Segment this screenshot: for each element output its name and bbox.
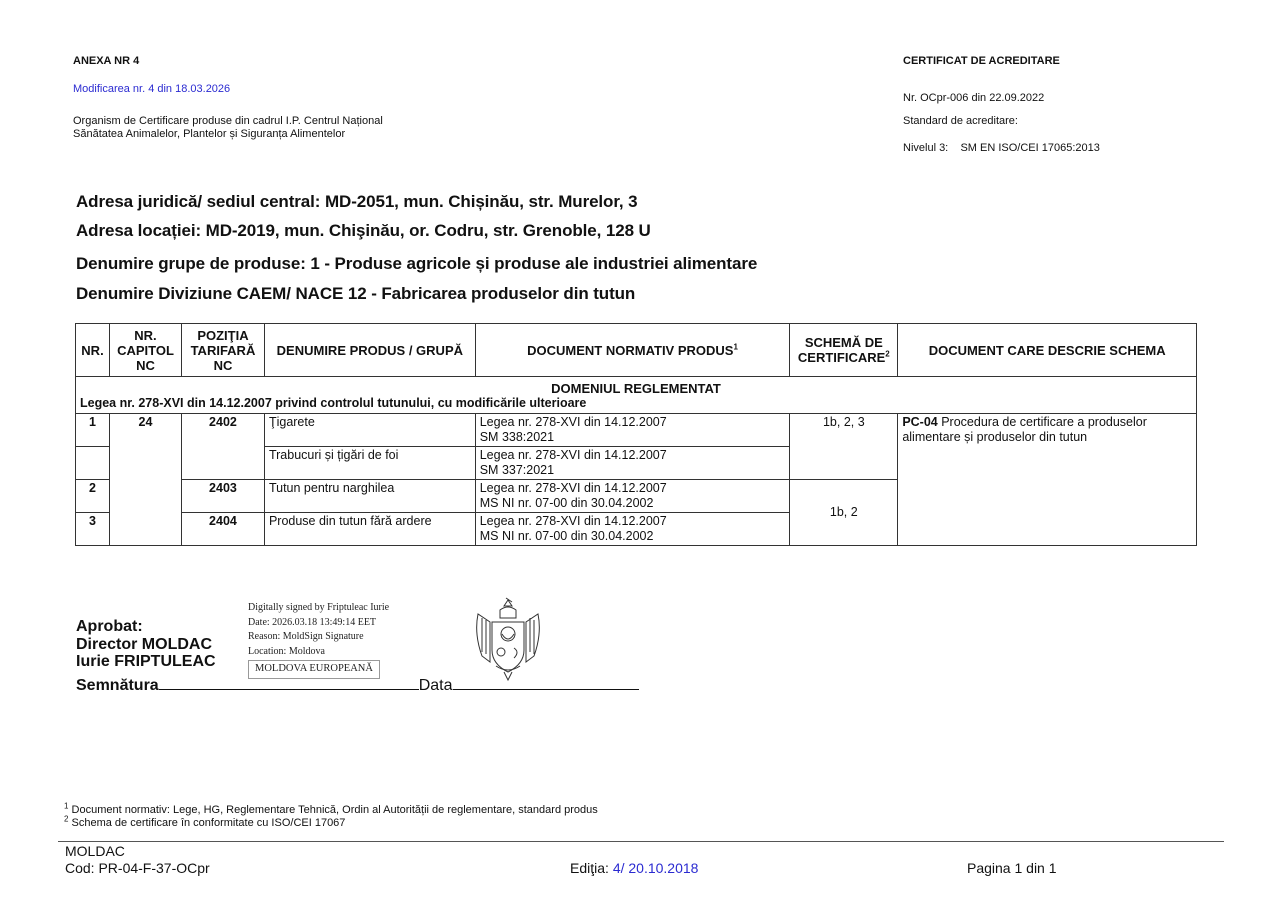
cell-scheme: 1b, 2, 3	[790, 414, 898, 480]
cell-tariff: 2404	[181, 513, 264, 546]
footnote-1: 1 Document normativ: Lege, HG, Reglement…	[64, 804, 598, 817]
col-header-scheme-doc: DOCUMENT CARE DESCRIE SCHEMA	[898, 324, 1197, 377]
cell-product: Trabucuri și țigări de foi	[264, 447, 475, 480]
scheme-doc-text: Procedura de certificare a produselor al…	[902, 415, 1147, 444]
normative-standard: MS NI nr. 07-00 din 30.04.2002	[480, 496, 786, 511]
col-header-tariff: POZIŢIA TARIFARĂ NC	[181, 324, 264, 377]
signature-reason: Reason: MoldSign Signature	[248, 630, 389, 645]
normative-standard: SM 338:2021	[480, 430, 786, 445]
signed-by: Digitally signed by Friptuleac Iurie	[248, 601, 389, 616]
cell-tariff: 2403	[181, 480, 264, 513]
normative-law: Legea nr. 278-XVI din 14.12.2007	[480, 415, 786, 430]
footer-code: Cod: PR-04-F-37-OCpr	[65, 860, 210, 877]
accreditation-level: Nivelul 3: SM EN ISO/CEI 17065:2013	[903, 142, 1100, 155]
normative-standard: MS NI nr. 07-00 din 30.04.2002	[480, 529, 786, 544]
cell-tariff: 2402	[181, 414, 264, 480]
col-header-chapter: NR. CAPITOL NC	[109, 324, 181, 377]
table-row: 1 24 2402 Ţigarete Legea nr. 278-XVI din…	[76, 414, 1197, 447]
standard-label: Standard de acreditare:	[903, 115, 1018, 128]
digital-signature: Digitally signed by Friptuleac Iurie Dat…	[248, 601, 389, 679]
footnote-text: Schema de certificare în conformitate cu…	[68, 817, 345, 829]
cell-scheme: 1b, 2	[790, 480, 898, 546]
cell-product: Tutun pentru narghilea	[264, 480, 475, 513]
cell-nr: 2	[76, 480, 110, 513]
col-header-product: DENUMIRE PRODUS / GRUPĂ	[264, 324, 475, 377]
certificate-title: CERTIFICAT DE ACREDITARE	[903, 55, 1060, 68]
col-header-normative: DOCUMENT NORMATIV PRODUS1	[475, 324, 790, 377]
footer-page: Pagina 1 din 1	[967, 860, 1057, 877]
organism-line-2: Sănătatea Animalelor, Plantelor și Sigur…	[73, 128, 383, 141]
normative-law: Legea nr. 278-XVI din 14.12.2007	[480, 514, 786, 529]
normative-law: Legea nr. 278-XVI din 14.12.2007	[480, 448, 786, 463]
footnotes: 1 Document normativ: Lege, HG, Reglement…	[64, 804, 598, 830]
cell-scheme-doc: PC-04 Procedura de certificare a produse…	[898, 414, 1197, 546]
footer-divider	[58, 841, 1224, 842]
domain-row: DOMENIUL REGLEMENTAT Legea nr. 278-XVI d…	[76, 377, 1197, 414]
footer-left: MOLDAC Cod: PR-04-F-37-OCpr	[65, 843, 210, 877]
signature-location: Location: Moldova	[248, 645, 389, 660]
footer-org: MOLDAC	[65, 843, 210, 860]
modification-note: Modificarea nr. 4 din 18.03.2026	[73, 83, 230, 96]
accreditation-scope-table: NR. NR. CAPITOL NC POZIŢIA TARIFARĂ NC D…	[75, 323, 1197, 546]
domain-title: DOMENIUL REGLEMENTAT	[80, 381, 1192, 396]
col-header-scheme: SCHEMĂ DE CERTIFICARE2	[790, 324, 898, 377]
domain-law: Legea nr. 278-XVI din 14.12.2007 privind…	[80, 396, 1192, 411]
nace-division: Denumire Diviziune CAEM/ NACE 12 - Fabri…	[76, 284, 635, 304]
cell-normative: Legea nr. 278-XVI din 14.12.2007SM 337:2…	[475, 447, 790, 480]
cell-normative: Legea nr. 278-XVI din 14.12.2007MS NI nr…	[475, 513, 790, 546]
edition-label: Ediţia:	[570, 860, 613, 876]
product-group: Denumire grupe de produse: 1 - Produse a…	[76, 254, 757, 274]
signature-label: Semnătura	[76, 677, 159, 694]
normative-law: Legea nr. 278-XVI din 14.12.2007	[480, 481, 786, 496]
footnote-text: Document normativ: Lege, HG, Reglementar…	[68, 804, 597, 816]
date-label: Data	[419, 677, 453, 694]
certificate-number: Nr. OCpr-006 din 22.09.2022	[903, 92, 1044, 105]
cell-normative: Legea nr. 278-XVI din 14.12.2007SM 338:2…	[475, 414, 790, 447]
cell-nr: 1	[76, 414, 110, 447]
signature-date: Date: 2026.03.18 13:49:14 EET	[248, 616, 389, 631]
cell-nr: 3	[76, 513, 110, 546]
normative-standard: SM 337:2021	[480, 463, 786, 478]
scheme-header-text: SCHEMĂ DE CERTIFICARE	[798, 335, 885, 365]
approver-name: Iurie FRIPTULEAC	[76, 653, 216, 671]
scheme-doc-code: PC-04	[902, 415, 937, 429]
organism-line-1: Organism de Certificare produse din cadr…	[73, 115, 383, 128]
footnote-2: 2 Schema de certificare în conformitate …	[64, 817, 598, 830]
footnote-mark: 2	[885, 350, 889, 359]
edition-value: 4/ 20.10.2018	[613, 860, 699, 876]
cell-normative: Legea nr. 278-XVI din 14.12.2007MS NI nr…	[475, 480, 790, 513]
footnote-mark: 1	[733, 342, 737, 351]
cell-nr	[76, 447, 110, 480]
location-address: Adresa locației: MD-2019, mun. Chişinău,…	[76, 221, 651, 241]
organism-name: Organism de Certificare produse din cadr…	[73, 115, 383, 141]
cell-product: Produse din tutun fără ardere	[264, 513, 475, 546]
normative-header-text: DOCUMENT NORMATIV PRODUS	[527, 343, 733, 358]
moldova-coat-of-arms-icon	[470, 596, 546, 684]
table-header-row: NR. NR. CAPITOL NC POZIŢIA TARIFARĂ NC D…	[76, 324, 1197, 377]
cell-product: Ţigarete	[264, 414, 475, 447]
col-header-nr: NR.	[76, 324, 110, 377]
approver-role: Director MOLDAC	[76, 636, 216, 654]
moldova-europeana-badge: MOLDOVA EUROPEANĂ	[248, 660, 380, 679]
footer-edition: Ediţia: 4/ 20.10.2018	[570, 860, 698, 877]
annex-title: ANEXA NR 4	[73, 55, 139, 68]
approved-label: Aprobat:	[76, 618, 216, 636]
cell-chapter: 24	[109, 414, 181, 546]
legal-address: Adresa juridică/ sediul central: MD-2051…	[76, 192, 638, 212]
approval-block: Aprobat: Director MOLDAC Iurie FRIPTULEA…	[76, 618, 216, 671]
